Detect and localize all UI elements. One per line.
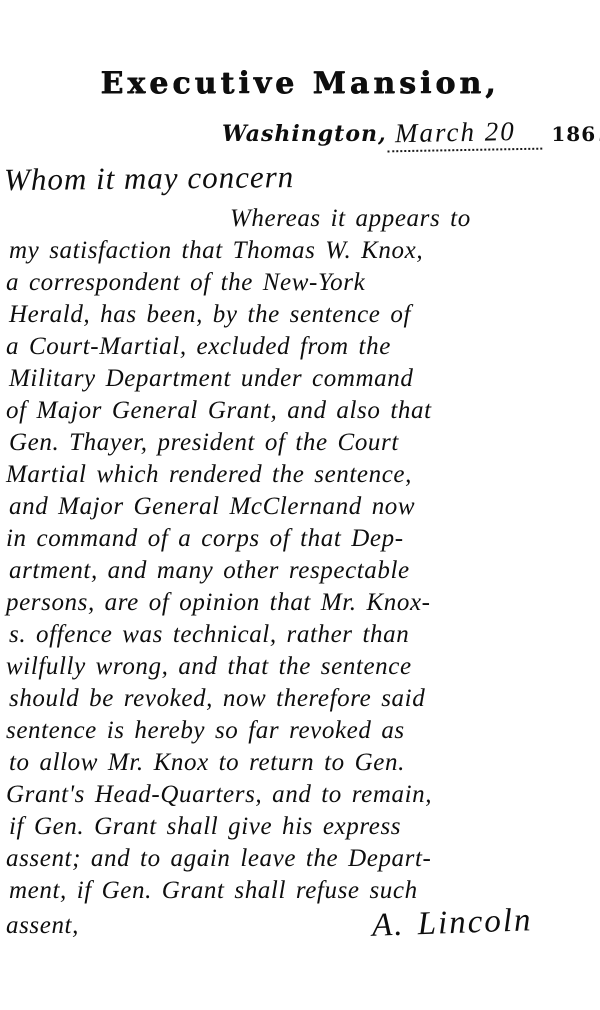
body-line: s. offence was technical, rather than — [9, 619, 596, 651]
closing-word: assent, — [6, 910, 79, 942]
body-line: Whereas it appears to — [6, 203, 596, 235]
body-line: a correspondent of the New-York — [6, 267, 596, 299]
body-line: a Court-Martial, excluded from the — [6, 331, 596, 363]
body-line: Martial which rendered the sentence, — [6, 459, 596, 491]
body-line: if Gen. Grant shall give his express — [9, 811, 596, 843]
salutation-line: Whom it may concern — [4, 156, 600, 198]
body-line: and Major General McClernand now — [9, 491, 596, 523]
body-line: should be revoked, now therefore said — [9, 683, 596, 715]
body-line: Grant's Head-Quarters, and to remain, — [6, 779, 596, 811]
body-line: in command of a corps of that Dep- — [6, 523, 596, 555]
letter-body: Whereas it appears to my satisfaction th… — [6, 203, 596, 942]
scanned-letter-page: Executive Mansion, Washington, March 20 … — [0, 0, 600, 1010]
body-line: my satisfaction that Thomas W. Knox, — [9, 235, 596, 267]
body-line: of Major General Grant, and also that — [6, 395, 596, 427]
closing-row: assent, A. Lincoln — [6, 907, 596, 942]
body-line: Gen. Thayer, president of the Court — [9, 427, 596, 459]
body-line: persons, are of opinion that Mr. Knox- — [6, 587, 596, 619]
body-line: artment, and many other respectable — [9, 555, 596, 587]
city-label: Washington, — [222, 121, 387, 147]
dateline: Washington, March 20 186 5. — [222, 117, 600, 151]
handwritten-date: March 20 — [386, 116, 541, 153]
signature: A. Lincoln — [371, 904, 533, 942]
printed-year-prefix: 186 — [551, 122, 596, 146]
body-line: assent; and to again leave the Depart- — [6, 843, 596, 875]
body-line: sentence is hereby so far revoked as — [6, 715, 596, 747]
body-line: Military Department under command — [9, 363, 596, 395]
letterhead-title: Executive Mansion, — [0, 66, 600, 101]
body-line: wilfully wrong, and that the sentence — [6, 651, 596, 683]
body-line: to allow Mr. Knox to return to Gen. — [9, 747, 596, 779]
body-line: Herald, has been, by the sentence of — [9, 299, 596, 331]
